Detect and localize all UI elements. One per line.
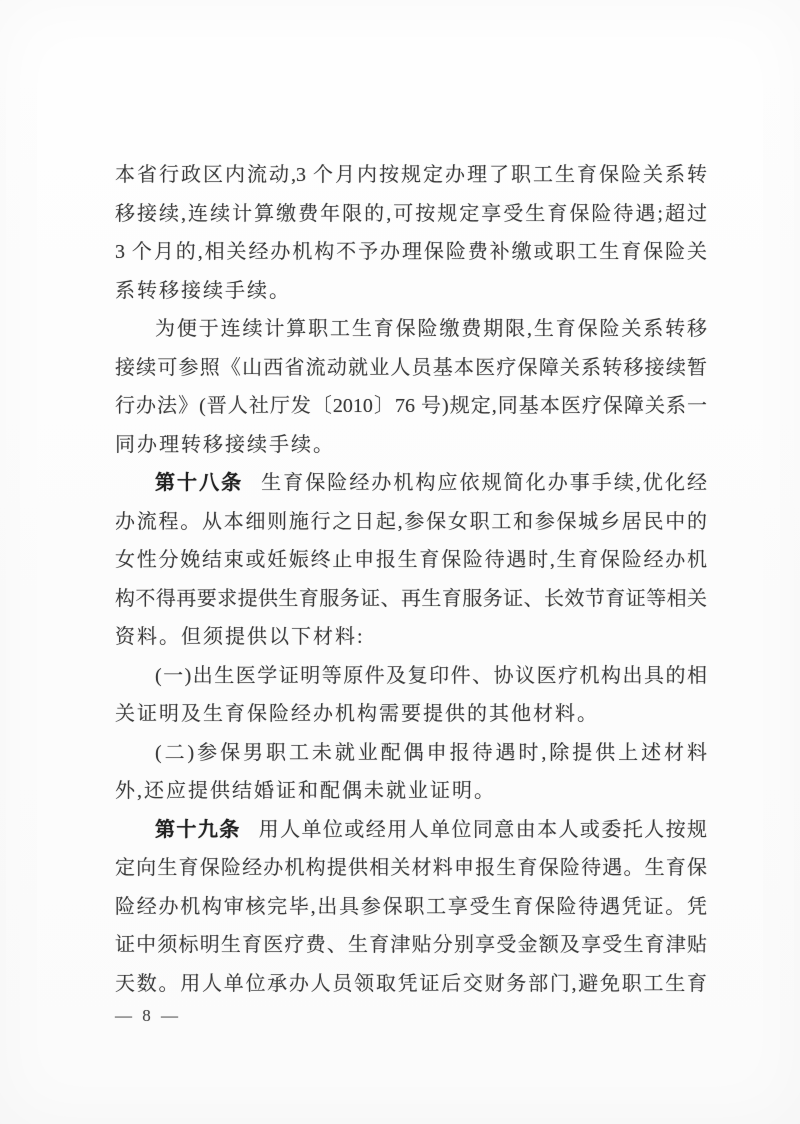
paragraph: 第十九条用人单位或经用人单位同意由本人或委托人按规定向生育保险经办机构提供相关材… xyxy=(115,811,707,1004)
document-body: 本省行政区内流动,3 个月内按规定办理了职工生育保险关系转移接续,连续计算缴费年… xyxy=(115,156,707,1003)
text-line: 第十八条生育保险经办机构应依规简化办事手续,优化经 xyxy=(115,464,707,503)
text-line: 女性分娩结束或妊娠终止申报生育保险待遇时,生育保险经办机 xyxy=(115,541,707,580)
text-line: 资料。但须提供以下材料: xyxy=(115,618,707,657)
text-line: 同办理转移接续手续。 xyxy=(115,426,707,465)
text-line: 接续可参照《山西省流动就业人员基本医疗保障关系转移接续暂 xyxy=(115,349,707,388)
text-line: 证中须标明生育医疗费、生育津贴分别享受金额及享受生育津贴 xyxy=(115,926,707,965)
text-line: 办流程。从本细则施行之日起,参保女职工和参保城乡居民中的 xyxy=(115,503,707,542)
paragraph: 第十八条生育保险经办机构应依规简化办事手续,优化经办流程。从本细则施行之日起,参… xyxy=(115,464,707,657)
paragraph: 本省行政区内流动,3 个月内按规定办理了职工生育保险关系转移接续,连续计算缴费年… xyxy=(115,156,707,310)
text-line: (二)参保男职工未就业配偶申报待遇时,除提供上述材料 xyxy=(115,734,707,773)
paragraph: (二)参保男职工未就业配偶申报待遇时,除提供上述材料外,还应提供结婚证和配偶未就… xyxy=(115,734,707,811)
text-line: 天数。用人单位承办人员领取凭证后交财务部门,避免职工生育 xyxy=(115,965,707,1004)
text-line: 险经办机构审核完毕,出具参保职工享受生育保险待遇凭证。凭 xyxy=(115,888,707,927)
text-line: (一)出生医学证明等原件及复印件、协议医疗机构出具的相 xyxy=(115,657,707,696)
text-line: 定向生育保险经办机构提供相关材料申报生育保险待遇。生育保 xyxy=(115,849,707,888)
article-number-label: 第十八条 xyxy=(155,472,243,494)
text-line: 为便于连续计算职工生育保险缴费期限,生育保险关系转移 xyxy=(115,310,707,349)
text-line: 外,还应提供结婚证和配偶未就业证明。 xyxy=(115,772,707,811)
scanned-page: 本省行政区内流动,3 个月内按规定办理了职工生育保险关系转移接续,连续计算缴费年… xyxy=(0,0,800,1124)
page-number: — 8 — xyxy=(115,1006,181,1026)
text-line: 构不得再要求提供生育服务证、再生育服务证、长效节育证等相关 xyxy=(115,580,707,619)
text-line: 本省行政区内流动,3 个月内按规定办理了职工生育保险关系转 xyxy=(115,156,707,195)
text-line: 3 个月的,相关经办机构不予办理保险费补缴或职工生育保险关 xyxy=(115,233,707,272)
paragraph: (一)出生医学证明等原件及复印件、协议医疗机构出具的相关证明及生育保险经办机构需… xyxy=(115,657,707,734)
text-line: 第十九条用人单位或经用人单位同意由本人或委托人按规 xyxy=(115,811,707,850)
text-line: 系转移接续手续。 xyxy=(115,272,707,311)
text-line: 行办法》(晋人社厅发〔2010〕76 号)规定,同基本医疗保障关系一 xyxy=(115,387,707,426)
article-number-label: 第十九条 xyxy=(155,819,241,841)
text-line: 移接续,连续计算缴费年限的,可按规定享受生育保险待遇;超过 xyxy=(115,195,707,234)
paragraph: 为便于连续计算职工生育保险缴费期限,生育保险关系转移接续可参照《山西省流动就业人… xyxy=(115,310,707,464)
text-line: 关证明及生育保险经办机构需要提供的其他材料。 xyxy=(115,695,707,734)
